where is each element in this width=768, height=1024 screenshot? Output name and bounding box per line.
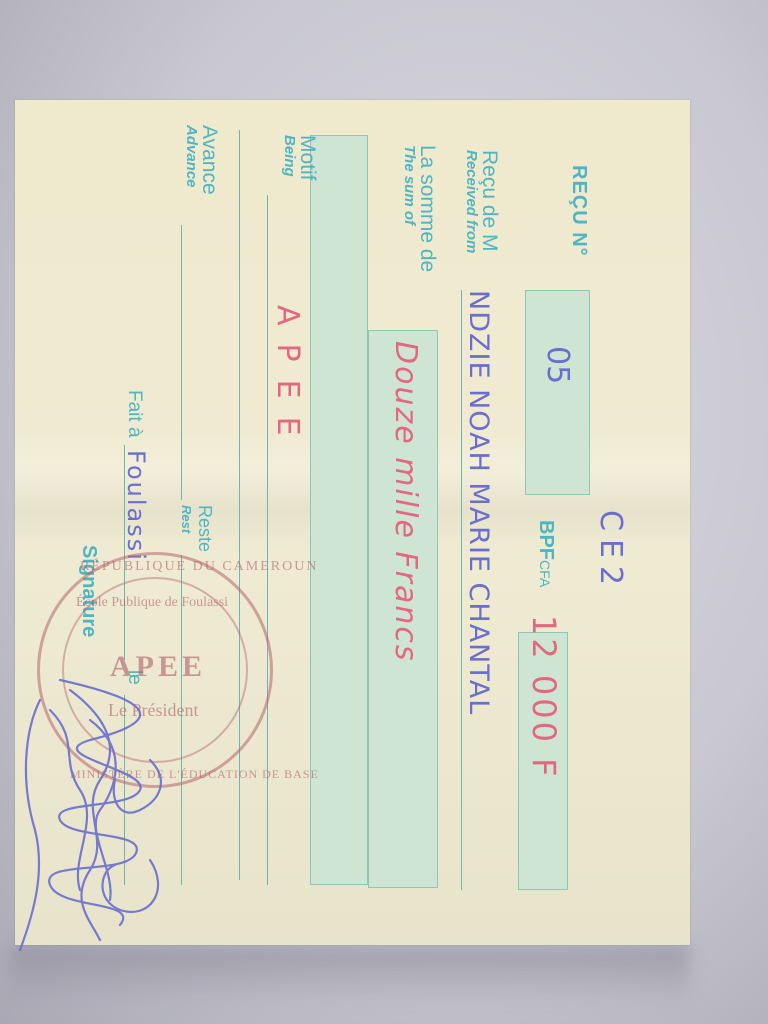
rest-fr: Reste: [194, 505, 215, 552]
currency-label-main: BPF: [535, 520, 557, 560]
handwritten-signature: [10, 660, 210, 960]
stamp-inner-text: École Publique de Foulassi: [76, 595, 228, 611]
rest-en: Rest: [179, 505, 194, 552]
receipt-number-value: 05: [540, 346, 575, 384]
receipt-number-box: 05: [525, 290, 590, 495]
motif-label: Motif Being: [282, 135, 318, 181]
rest-label: Reste Rest: [179, 505, 215, 552]
receipt-title: REÇU N°: [567, 165, 590, 257]
class-annotation: CE2: [593, 510, 628, 593]
received-from-en: Received from: [464, 150, 479, 253]
received-from-label: Reçu de M Received from: [464, 150, 500, 253]
payer-name-value: NDZIE NOAH MARIE CHANTAL: [463, 290, 494, 715]
currency-label: BPFCFA: [534, 520, 557, 587]
sum-words-box-1: Douze mille Francs: [368, 330, 438, 888]
sum-en: The sum of: [402, 145, 417, 272]
motif-value: APEE: [270, 305, 305, 454]
motif-en: Being: [282, 135, 297, 181]
made-at-value: Foulassi: [122, 450, 150, 562]
advance-en: Advance: [184, 125, 199, 195]
motif-fr: Motif: [297, 135, 318, 181]
sum-in-words-value: Douze mille Francs: [388, 341, 423, 663]
currency-label-sub: CFA: [537, 560, 553, 587]
advance-label: Avance Advance: [184, 125, 220, 195]
sum-fr: La somme de: [417, 145, 438, 272]
advance-line: [181, 225, 182, 500]
made-at-label: Fait à: [124, 390, 145, 438]
sum-label: La somme de The sum of: [402, 145, 438, 272]
received-from-fr: Reçu de M: [479, 150, 500, 253]
amount-value: 12 000 F: [525, 615, 563, 780]
stamp-outer-text: RÉPUBLIQUE DU CAMEROUN: [80, 559, 318, 575]
receipt-paper: REÇU N° 05 CE2 BPFCFA 12 000 F Reçu de M…: [15, 100, 690, 945]
advance-fr: Avance: [199, 125, 220, 195]
amount-box: 12 000 F: [518, 632, 568, 890]
payer-name-line: [461, 290, 462, 890]
